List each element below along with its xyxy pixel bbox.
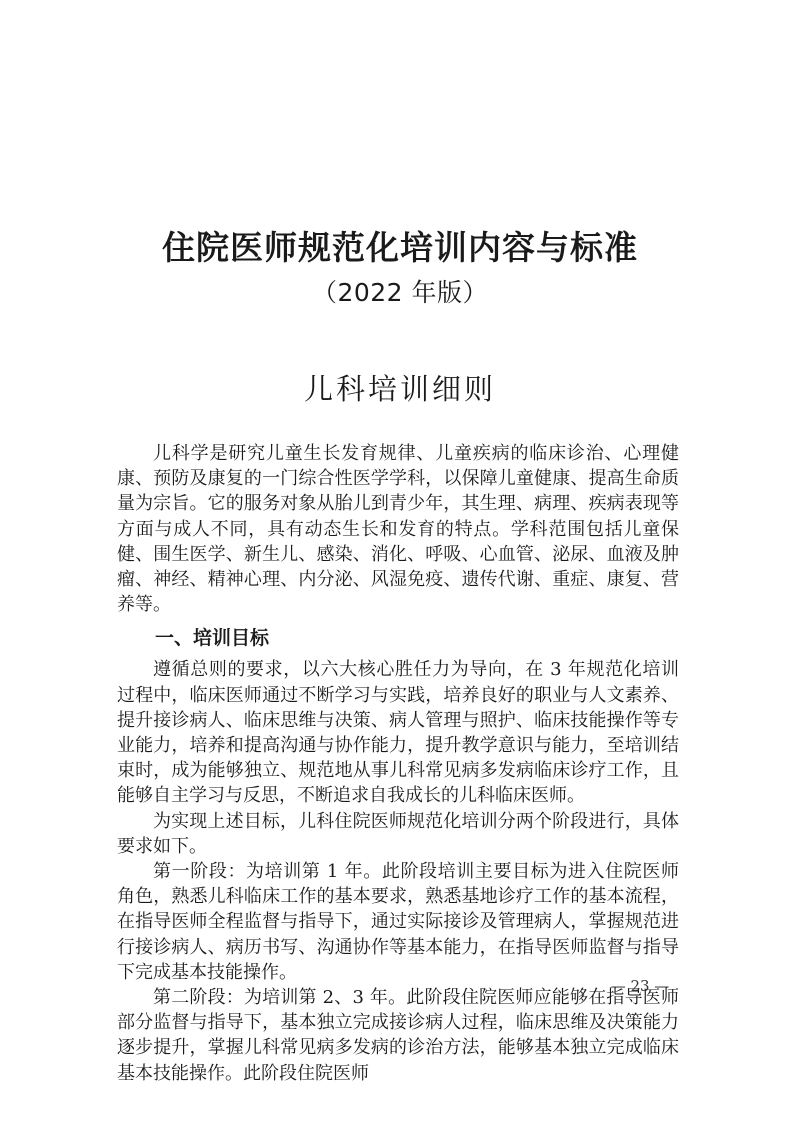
- document-edition: （2022 年版）: [0, 273, 800, 309]
- section-title: 儿科培训细则: [0, 367, 800, 408]
- document-page: 住院医师规范化培训内容与标准 （2022 年版） 儿科培训细则 儿科学是研究儿童…: [0, 0, 800, 1131]
- page-number: — 23 —: [590, 977, 690, 995]
- paragraph-goals: 遵循总则的要求，以六大核心胜任力为导向，在 3 年规范化培训过程中，临床医师通过…: [117, 657, 679, 808]
- document-title: 住院医师规范化培训内容与标准: [0, 222, 800, 269]
- paragraph-stage-one: 第一阶段：为培训第 1 年。此阶段培训主要目标为进入住院医师角色，熟悉儿科临床工…: [117, 859, 679, 985]
- paragraph-stages-intro: 为实现上述目标，儿科住院医师规范化培训分两个阶段进行，具体要求如下。: [117, 809, 679, 859]
- intro-paragraph: 儿科学是研究儿童生长发育规律、儿童疾病的临床诊治、心理健康、预防及康复的一门综合…: [117, 441, 679, 617]
- heading-training-goals: 一、培训目标: [117, 625, 679, 651]
- paragraph-stage-two: 第二阶段：为培训第 2、3 年。此阶段住院医师应能够在指导医师部分监督与指导下，…: [117, 985, 679, 1086]
